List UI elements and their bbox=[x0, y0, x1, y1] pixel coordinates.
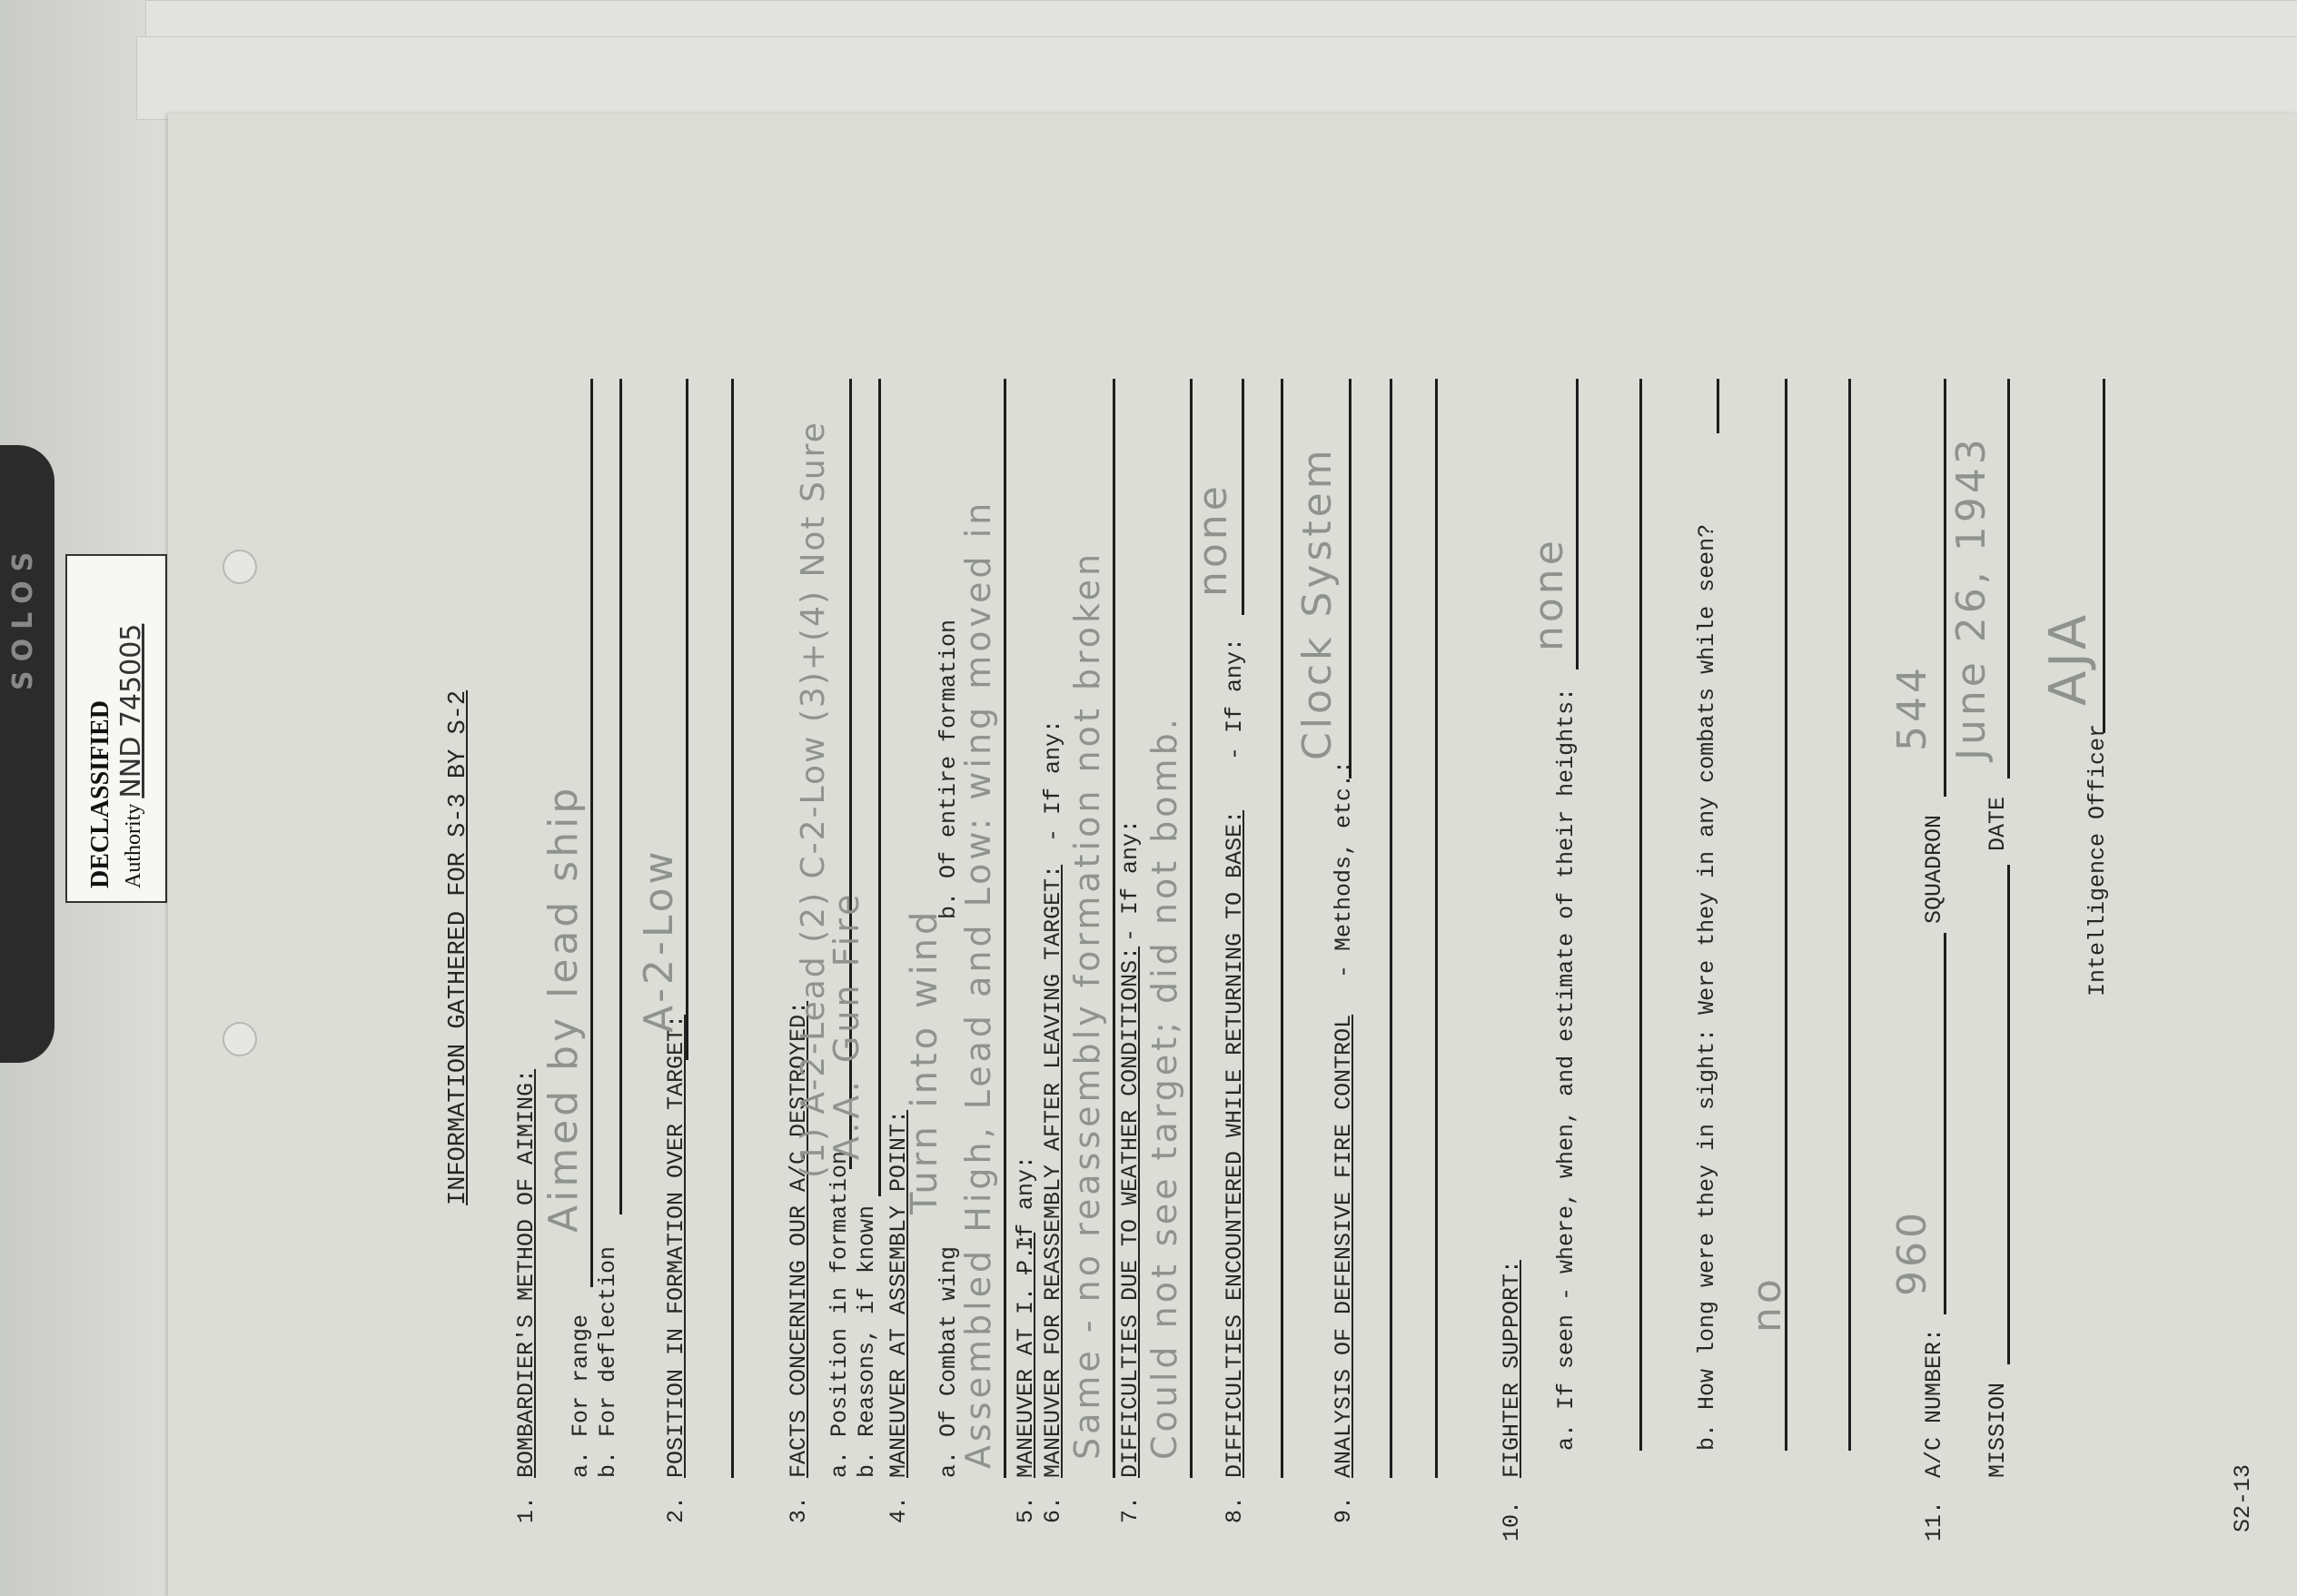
item-1-heading: BOMBARDIER'S METHOD OF AIMING: bbox=[513, 1069, 540, 1478]
item-10a-label: a. If seen - where, when, and estimate o… bbox=[1553, 688, 1579, 1451]
squadron-label: SQUADRON bbox=[1921, 815, 1947, 924]
answer-line bbox=[1785, 379, 1787, 1451]
item-7-suffix: - If any: bbox=[1117, 819, 1144, 942]
date-label: DATE bbox=[1985, 797, 2011, 851]
officer-label: Intelligence Officer bbox=[2084, 724, 2111, 996]
answer-line bbox=[1390, 379, 1392, 1478]
answer-line bbox=[1004, 379, 1006, 1478]
answer-line bbox=[1242, 379, 1244, 615]
item-10-heading: FIGHTER SUPPORT: bbox=[1499, 1260, 1525, 1478]
answer-line bbox=[2007, 865, 2010, 1364]
stacked-sheet bbox=[136, 36, 2297, 120]
item-1b-label: b. For deflection bbox=[595, 1246, 621, 1478]
item-10b-answer[interactable]: no bbox=[1744, 1275, 1790, 1333]
item-8-heading: DIFFICULTIES ENCOUNTERED WHILE RETURNING… bbox=[1222, 810, 1248, 1478]
item-10-number: 10. bbox=[1499, 1501, 1525, 1541]
item-3a-label: a. Position in formation bbox=[827, 1151, 853, 1478]
stamp-authority: Authority NND 745005 bbox=[115, 556, 147, 888]
answer-line bbox=[686, 379, 688, 1060]
item-9-heading: ANALYSIS OF DEFENSIVE FIRE CONTROL bbox=[1331, 1015, 1357, 1478]
form-title: INFORMATION GATHERED FOR S-3 BY S-2 bbox=[445, 690, 472, 1205]
answer-line bbox=[1576, 379, 1579, 669]
mission-label: MISSION bbox=[1985, 1383, 2011, 1478]
answer-line bbox=[1639, 379, 1642, 1451]
answer-line bbox=[1944, 933, 1946, 1314]
item-3-number: 3. bbox=[786, 1496, 812, 1523]
item-10a-answer[interactable]: none bbox=[1526, 537, 1572, 651]
item-7-heading: DIFFICULTIES DUE TO WEATHER CONDITIONS: bbox=[1117, 947, 1144, 1478]
item-4b-answer[interactable]: Assembled High, Lead and Low: wing moved… bbox=[958, 500, 998, 1469]
squadron-value[interactable]: 544 bbox=[1889, 664, 1936, 751]
answer-line bbox=[878, 379, 881, 1196]
answer-line bbox=[1281, 379, 1283, 1478]
stamp-title: DECLASSIFIED bbox=[86, 556, 115, 888]
item-6-answer[interactable]: Same - no reassembly formation not broke… bbox=[1067, 550, 1107, 1460]
item-9-number: 9. bbox=[1331, 1496, 1357, 1523]
binder-clip bbox=[0, 445, 54, 1063]
answer-line bbox=[731, 379, 734, 1478]
item-4a-answer[interactable]: Turn into wind bbox=[904, 908, 946, 1214]
authority-number: NND 745005 bbox=[115, 624, 147, 798]
answer-line bbox=[1435, 379, 1438, 1478]
declassified-stamp: DECLASSIFIED Authority NND 745005 bbox=[65, 554, 167, 903]
form-content: INFORMATION GATHERED FOR S-3 BY S-2 1. B… bbox=[168, 114, 2297, 1596]
aircraft-number-value[interactable]: 960 bbox=[1889, 1209, 1936, 1296]
answer-line bbox=[619, 379, 622, 1214]
item-8-answer[interactable]: none bbox=[1190, 482, 1236, 597]
item-1-number: 1. bbox=[513, 1496, 540, 1523]
item-3b-answer[interactable]: A.A. Gun Fire bbox=[827, 891, 866, 1160]
binder-clip-label: SOLOS bbox=[7, 543, 39, 690]
item-4-number: 4. bbox=[886, 1496, 912, 1523]
item-8-suffix: - If any: bbox=[1222, 638, 1248, 760]
item-1a-label: a. For range bbox=[568, 1314, 594, 1478]
item-8-number: 8. bbox=[1222, 1496, 1248, 1523]
item-6-heading: MANEUVER FOR REASSEMBLY AFTER LEAVING TA… bbox=[1040, 865, 1066, 1478]
item-10b-label: b. How long were they in sight: Were the… bbox=[1694, 524, 1720, 1451]
item-11-number: 11. bbox=[1921, 1501, 1947, 1541]
answer-line bbox=[1349, 379, 1351, 778]
item-7-number: 7. bbox=[1117, 1496, 1144, 1523]
form-page: INFORMATION GATHERED FOR S-3 BY S-2 1. B… bbox=[168, 114, 2297, 1596]
item-9-suffix: - Methods, etc.: bbox=[1331, 760, 1357, 978]
item-5-number: 5. bbox=[1013, 1496, 1039, 1523]
item-5-suffix: - If any: bbox=[1013, 1155, 1039, 1278]
signature-line bbox=[2103, 379, 2105, 733]
item-1a-answer[interactable]: Aimed by lead ship bbox=[540, 785, 587, 1233]
item-3b-label: b. Reasons, if known bbox=[854, 1205, 880, 1478]
item-7-answer[interactable]: Could not see target; did not bomb. bbox=[1144, 715, 1184, 1460]
answer-line bbox=[1113, 379, 1115, 1478]
answer-line bbox=[1944, 379, 1946, 797]
answer-line bbox=[1717, 379, 1719, 433]
aircraft-number-label: A/C NUMBER: bbox=[1921, 1328, 1947, 1478]
date-value[interactable]: June 26, 1943 bbox=[1948, 435, 1995, 760]
item-6-number: 6. bbox=[1040, 1496, 1066, 1523]
item-2-number: 2. bbox=[663, 1496, 689, 1523]
item-9-answer[interactable]: Clock System bbox=[1294, 446, 1341, 760]
answer-line bbox=[1848, 379, 1851, 1451]
item-6-suffix: - If any: bbox=[1040, 719, 1066, 842]
item-2-heading: POSITION IN FORMATION OVER TARGET: bbox=[663, 1015, 689, 1478]
item-2-answer[interactable]: A-2-Low bbox=[636, 848, 682, 1033]
answer-line bbox=[590, 379, 593, 1287]
form-code: S2-13 bbox=[2230, 1464, 2256, 1532]
answer-line bbox=[2007, 379, 2010, 778]
officer-signature: AJA bbox=[2039, 611, 2098, 706]
